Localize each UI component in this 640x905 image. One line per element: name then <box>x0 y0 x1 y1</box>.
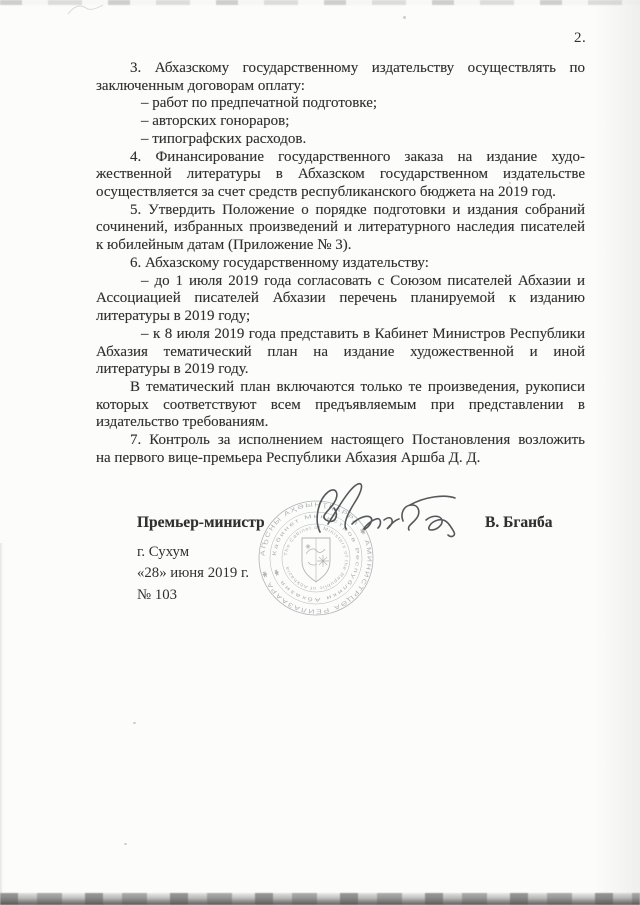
text-line: 7. Контроль за исполнением настоящего По… <box>96 432 585 450</box>
signatory-name: В. Бганба <box>485 514 553 532</box>
text-line: 4. Финансирование государственного заказ… <box>96 149 585 167</box>
text-line: – работ по предпечатной подготовке; <box>96 95 585 113</box>
document-body: 3. Абхазскому государственному издательс… <box>96 60 585 468</box>
text-line: 3. Абхазскому государственному издательс… <box>96 60 585 78</box>
text-line: – авторских гонораров; <box>96 113 585 131</box>
pencil-scribble-mark <box>66 2 106 18</box>
text-line: которых соответствуют всем предъявляемым… <box>96 397 585 415</box>
scan-artifact-bottom-edge <box>0 893 640 905</box>
dust-speck <box>403 16 406 19</box>
dust-speck <box>133 722 136 724</box>
document-number: № 103 <box>137 587 177 604</box>
text-line: осуществляется за счет средств республик… <box>96 184 585 202</box>
text-line: 6. Абхазскому государственному издательс… <box>96 255 585 273</box>
text-line: литературы в 2019 году. <box>96 361 585 379</box>
text-line: В тематический план включаются только те… <box>96 379 585 397</box>
text-line: издательство требованиям. <box>96 414 585 432</box>
signature-city: г. Сухум <box>137 544 189 561</box>
text-line: заключенным договорам оплату: <box>96 78 585 96</box>
text-line: – типографских расходов. <box>96 131 585 149</box>
scan-artifact-right-shade <box>594 0 640 905</box>
scan-artifact-left-shade <box>0 543 3 893</box>
handwritten-signature <box>300 478 470 542</box>
dust-speck <box>124 843 127 845</box>
coat-of-arms-icon <box>302 538 330 582</box>
signature-title: Премьер-министр <box>137 514 265 532</box>
text-line: жественной литературы в Абхазском госуда… <box>96 166 585 184</box>
text-line: на первого вице-премьера Республики Абха… <box>96 450 585 468</box>
text-line: Абхазия тематический план на издание худ… <box>96 344 585 362</box>
text-line: Ассоциацией писателей Абхазии перечень п… <box>96 290 585 308</box>
text-line: сочинений, избранных произведений и лите… <box>96 219 585 237</box>
text-line: литературы в 2019 году; <box>96 308 585 326</box>
page-number: 2. <box>574 30 586 47</box>
text-line: к юбилейным датам (Приложение № 3). <box>96 237 585 255</box>
signature-date: «28» июня 2019 г. <box>137 565 249 582</box>
text-line: – до 1 июля 2019 года согласовать с Союз… <box>96 273 585 291</box>
text-line: 5. Утвердить Положение о порядке подгото… <box>96 202 585 220</box>
text-line: – к 8 июля 2019 года представить в Кабин… <box>96 326 585 344</box>
scanned-document-page: 2. 3. Абхазскому государственному издате… <box>0 0 640 905</box>
